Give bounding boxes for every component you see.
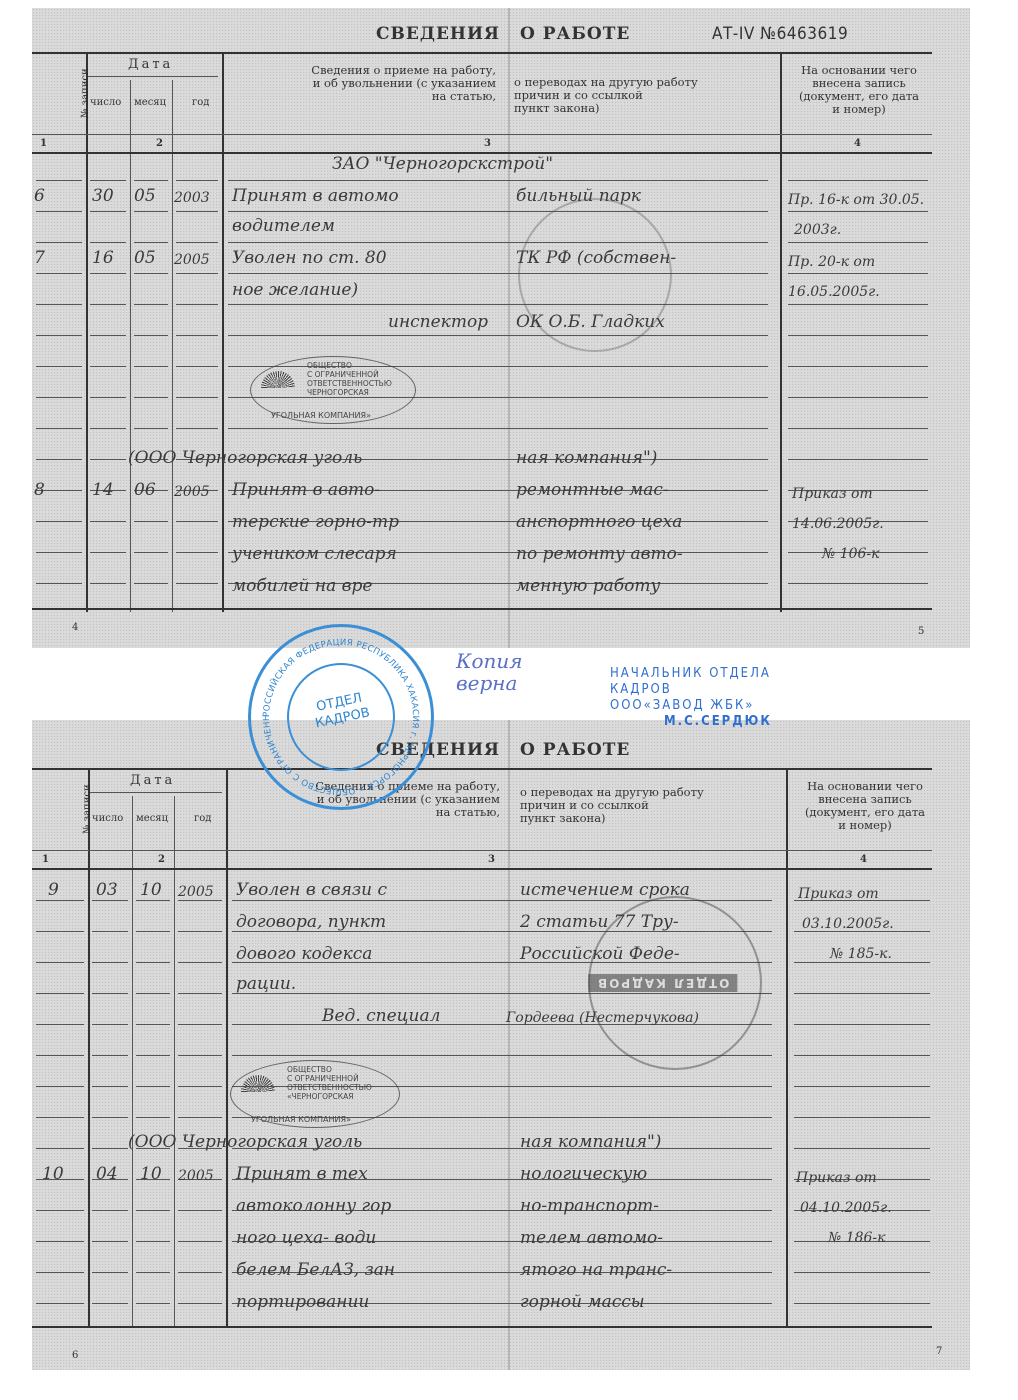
ruled-line — [92, 900, 128, 901]
record-month: 10 — [140, 1164, 162, 1184]
ruled-line — [788, 242, 928, 243]
record-text: дового кодекса — [236, 944, 372, 964]
section-title-right: О РАБОТЕ — [520, 740, 630, 760]
ruled-line — [36, 552, 82, 553]
ruled-line — [136, 1086, 170, 1087]
company-oval-stamp: ОБЩЕСТВО С ОГРАНИЧЕННОЙ ОТВЕТСТВЕННОСТЬЮ… — [250, 356, 416, 424]
number-sign: № — [760, 24, 776, 44]
col-number-3: 3 — [484, 138, 491, 149]
ruled-line — [136, 1241, 170, 1242]
record-basis: № 106-к — [822, 544, 880, 564]
ruled-line — [136, 931, 170, 932]
record-basis: 14.06.2005г. — [792, 514, 884, 534]
record-day: 04 — [96, 1164, 118, 1184]
ruled-line — [228, 211, 768, 212]
record-year: 2003 — [174, 188, 210, 208]
header-date: Дата — [128, 58, 173, 71]
ruled-line — [788, 366, 928, 367]
stamp-line: УГОЛЬНАЯ КОМПАНИЯ» — [251, 1115, 351, 1124]
stamp-line: ЧЕРНОГОРСКАЯ — [307, 388, 392, 397]
ruled-line — [90, 397, 126, 398]
sun-logo-icon — [241, 1075, 275, 1092]
section-title-left: СВЕДЕНИЯ — [376, 24, 500, 44]
sun-logo-icon — [261, 371, 295, 388]
stamp-band: ОТДЕЛ КАДРОВ — [588, 974, 737, 992]
stamp-line: ОТВЕТСТВЕННОСТЬЮ — [287, 1083, 372, 1092]
stamp-text: ОБЩЕСТВО С ОГРАНИЧЕННОЙ ОТВЕТСТВЕННОСТЬЮ… — [287, 1065, 372, 1101]
ruled-line — [36, 1117, 84, 1118]
ruled-line — [178, 1024, 222, 1025]
page-number: 7 — [936, 1346, 942, 1357]
ruled-line — [788, 583, 928, 584]
header-year: год — [194, 812, 211, 825]
header-day: число — [90, 96, 121, 109]
org-name-line: (ООО Черногорская уголь — [128, 448, 362, 468]
record-text: горной массы — [520, 1292, 645, 1312]
ruled-line — [788, 273, 928, 274]
certification-signatory: М.С.СЕРДЮК — [610, 714, 772, 730]
table-bottom-border — [32, 608, 932, 610]
record-no: 7 — [34, 248, 45, 268]
ruled-line — [36, 583, 82, 584]
ruled-line — [36, 366, 82, 367]
ruled-line — [788, 180, 928, 181]
ruled-line — [36, 962, 84, 963]
record-no: 10 — [42, 1164, 64, 1184]
ruled-line — [92, 1024, 128, 1025]
book-series: АТ-IV №6463619 — [712, 24, 848, 44]
ruled-line — [136, 1303, 170, 1304]
page-number: 5 — [918, 626, 924, 637]
record-text: нологическую — [520, 1164, 647, 1184]
record-text: учеником слесаря — [232, 544, 397, 564]
ruled-line — [92, 1210, 128, 1211]
ruled-line — [92, 962, 128, 963]
record-year: 2005 — [178, 882, 214, 902]
section-title-right: О РАБОТЕ — [520, 24, 630, 44]
header-line: и номер) — [790, 819, 940, 832]
record-text: ное желание) — [232, 280, 358, 300]
record-basis: 2003г. — [794, 220, 841, 240]
bottom-spread: СВЕДЕНИЯ О РАБОТЕ № записи Дата число ме… — [32, 720, 970, 1370]
ruled-line — [92, 1303, 128, 1304]
header-col4: На основании чего внесена запись (докуме… — [790, 780, 940, 832]
ruled-line — [178, 1086, 222, 1087]
ruled-line — [134, 273, 168, 274]
ruled-line — [136, 993, 170, 994]
ruled-line — [134, 428, 168, 429]
ruled-line — [176, 428, 218, 429]
header-year: год — [192, 96, 209, 109]
stamp-line: С ОГРАНИЧЕННОЙ — [307, 370, 392, 379]
ruled-line — [92, 1086, 128, 1087]
ruled-line — [788, 211, 928, 212]
ruled-line — [178, 1117, 222, 1118]
record-no: 6 — [34, 186, 45, 206]
record-text: Уволен в связи с — [236, 880, 387, 900]
ruled-line — [176, 366, 218, 367]
record-basis: Приказ от — [792, 484, 873, 504]
certification-line: НАЧАЛЬНИК ОТДЕЛА — [610, 666, 772, 682]
ruled-line — [90, 180, 126, 181]
ruled-line — [136, 1055, 170, 1056]
record-basis: № 186-к — [828, 1228, 886, 1248]
ruled-line — [36, 1024, 84, 1025]
ruled-line — [36, 1055, 84, 1056]
ruled-line — [36, 1241, 84, 1242]
ruled-line — [178, 1272, 222, 1273]
header-day: число — [92, 812, 123, 825]
ruled-line — [136, 1210, 170, 1211]
ruled-line — [134, 521, 168, 522]
stamp-line: УГОЛЬНАЯ КОМПАНИЯ» — [271, 411, 371, 420]
top-spread: СВЕДЕНИЯ О РАБОТЕ АТ-IV №6463619 № запис… — [32, 8, 970, 648]
ruled-line — [92, 1241, 128, 1242]
record-text: но-транспорт- — [520, 1196, 659, 1216]
header-col4: На основании чего внесена запись (докуме… — [784, 64, 934, 116]
col-divider — [174, 796, 175, 1328]
record-day: 16 — [92, 248, 114, 268]
record-text: автоколонну гор — [236, 1196, 391, 1216]
ruled-line — [788, 459, 928, 460]
signature-line: Вед. специал — [322, 1006, 440, 1026]
ruled-line — [178, 962, 222, 963]
ruled-line — [176, 242, 218, 243]
record-text: договора, пункт — [236, 912, 386, 932]
header-line: на статью, — [236, 806, 500, 819]
ruled-line — [90, 211, 126, 212]
ruled-line — [36, 180, 82, 181]
ruled-line — [228, 180, 768, 181]
record-text: рации. — [236, 974, 296, 994]
stamp-line: ОБЩЕСТВО — [307, 361, 392, 370]
record-year: 2005 — [174, 482, 210, 502]
col-number-1: 1 — [40, 138, 47, 149]
ruled-line — [90, 521, 126, 522]
ruled-line — [176, 583, 218, 584]
ruled-line — [178, 993, 222, 994]
ruled-line — [90, 335, 126, 336]
record-basis: 16.05.2005г. — [788, 282, 880, 302]
col-divider — [222, 52, 224, 612]
record-text: Принят в авто- — [232, 480, 380, 500]
record-text: телем автомо- — [520, 1228, 663, 1248]
date-underline — [88, 76, 218, 77]
ruled-line — [134, 180, 168, 181]
certified-copy-handwritten: Копия верна — [456, 650, 523, 694]
ruled-line — [134, 552, 168, 553]
ruled-line — [788, 335, 928, 336]
stamp-line: ОТВЕТСТВЕННОСТЬЮ — [307, 379, 392, 388]
record-basis: Приказ от — [796, 1168, 877, 1188]
header-date: Дата — [130, 774, 175, 787]
col-number-3: 3 — [488, 854, 495, 865]
record-month: 06 — [134, 480, 156, 500]
ruled-line — [92, 993, 128, 994]
col-divider — [130, 80, 131, 612]
certification-block: НАЧАЛЬНИК ОТДЕЛА КАДРОВ ООО«ЗАВОД ЖБК» М… — [610, 666, 772, 730]
ruled-line — [36, 1210, 84, 1211]
record-month: 10 — [140, 880, 162, 900]
ruled-line — [90, 428, 126, 429]
page-number: 4 — [72, 622, 78, 633]
ruled-line — [794, 1055, 930, 1056]
ruled-line — [36, 273, 82, 274]
table-bottom-border — [32, 1326, 932, 1328]
col-divider — [132, 796, 133, 1328]
record-basis: № 185-к. — [830, 944, 892, 964]
header-line: и номер) — [784, 103, 934, 116]
ruled-line — [178, 1055, 222, 1056]
ruled-line — [794, 993, 930, 994]
org-name-line: ная компания") — [516, 448, 657, 468]
record-text: ного цеха- води — [236, 1228, 376, 1248]
ruled-line — [92, 1117, 128, 1118]
ruled-line — [136, 1024, 170, 1025]
ruled-line — [176, 273, 218, 274]
ruled-line — [136, 1117, 170, 1118]
page-number: 6 — [72, 1350, 78, 1361]
ruled-line — [92, 1272, 128, 1273]
ruled-line — [134, 242, 168, 243]
certification-line: КАДРОВ — [610, 682, 772, 698]
stamp-line: ОБЩЕСТВО — [287, 1065, 372, 1074]
record-text: ятого на транс- — [520, 1260, 672, 1280]
col-divider — [780, 52, 782, 612]
record-text: по ремонту авто- — [516, 544, 683, 564]
ruled-line — [90, 366, 126, 367]
ruled-line — [36, 1086, 84, 1087]
ruled-line — [90, 242, 126, 243]
header-line: пункт закона) — [520, 812, 704, 825]
col-divider — [172, 80, 173, 612]
ruled-line — [90, 273, 126, 274]
record-basis: Пр. 20-к от — [788, 252, 875, 272]
ruled-line — [36, 335, 82, 336]
ruled-line — [134, 304, 168, 305]
ruled-line — [36, 304, 82, 305]
ruled-line — [36, 397, 82, 398]
ruled-line — [794, 1303, 930, 1304]
col-number-4: 4 — [860, 854, 867, 865]
ruled-line — [134, 583, 168, 584]
ruled-line — [794, 1148, 930, 1149]
record-year: 2005 — [178, 1166, 214, 1186]
ruled-line — [228, 273, 768, 274]
col-number-2: 2 — [156, 138, 163, 149]
record-basis: 04.10.2005г. — [800, 1198, 892, 1218]
record-month: 05 — [134, 248, 156, 268]
ruled-line — [794, 1086, 930, 1087]
record-text: менную работу — [516, 576, 660, 596]
record-text: Уволен по ст. 80 — [232, 248, 387, 268]
ruled-line — [36, 211, 82, 212]
ruled-line — [36, 242, 82, 243]
ruled-line — [176, 180, 218, 181]
ruled-line — [788, 304, 928, 305]
ruled-line — [90, 583, 126, 584]
date-underline — [90, 792, 222, 793]
ruled-line — [136, 1272, 170, 1273]
header-col3-left: Сведения о приеме на работу, и об увольн… — [232, 64, 496, 103]
header-record-no: № записи — [80, 68, 91, 118]
header-month: месяц — [134, 96, 166, 109]
ruled-line — [134, 397, 168, 398]
ruled-line — [794, 1272, 930, 1273]
ruled-line — [178, 1241, 222, 1242]
hr-department-seal: РОССИЙСКАЯ ФЕДЕРАЦИЯ РЕСПУБЛИКА ХАКАСИЯ … — [248, 624, 434, 810]
ruled-line — [92, 931, 128, 932]
ruled-line — [176, 335, 218, 336]
header-bottom-line — [32, 134, 932, 135]
ruled-line — [134, 335, 168, 336]
ruled-line — [36, 1303, 84, 1304]
ruled-line — [36, 521, 82, 522]
ruled-line — [92, 1148, 128, 1149]
record-text: ремонтные мас- — [516, 480, 669, 500]
ruled-line — [136, 962, 170, 963]
ruled-line — [134, 211, 168, 212]
record-day: 03 — [96, 880, 118, 900]
ruled-line — [176, 552, 218, 553]
header-col3-right: о переводах на другую работу причин и со… — [520, 786, 704, 825]
record-text: Принят в тех — [236, 1164, 368, 1184]
record-no: 9 — [48, 880, 59, 900]
book-number: 6463619 — [777, 24, 849, 44]
record-text: анспортного цеха — [516, 512, 682, 532]
ruled-line — [134, 366, 168, 367]
ruled-line — [176, 211, 218, 212]
ruled-line — [92, 1055, 128, 1056]
record-text: терские горно-тр — [232, 512, 399, 532]
header-bottom-line — [32, 850, 932, 851]
ruled-line — [36, 1148, 84, 1149]
certification-line: ООО«ЗАВОД ЖБК» — [610, 698, 772, 714]
ruled-line — [788, 428, 928, 429]
header-record-no: № записи — [82, 784, 93, 834]
ruled-line — [176, 304, 218, 305]
company-oval-stamp: ОБЩЕСТВО С ОГРАНИЧЕННОЙ ОТВЕТСТВЕННОСТЬЮ… — [230, 1060, 400, 1128]
ruled-line — [136, 900, 170, 901]
ruled-line — [228, 304, 768, 305]
ruled-line — [178, 1210, 222, 1211]
handwritten-line: верна — [456, 672, 523, 694]
header-divider — [32, 868, 932, 870]
ruled-line — [794, 1117, 930, 1118]
ruled-line — [36, 900, 84, 901]
record-month: 05 — [134, 186, 156, 206]
col-divider — [226, 768, 228, 1328]
record-basis: Приказ от — [798, 884, 879, 904]
stamp-line: «ЧЕРНОГОРСКАЯ — [287, 1092, 372, 1101]
header-month: месяц — [136, 812, 168, 825]
ruled-line — [90, 304, 126, 305]
record-no: 8 — [34, 480, 45, 500]
header-col3-right: о переводах на другую работу причин и со… — [514, 76, 698, 115]
ruled-line — [36, 931, 84, 932]
ruled-line — [36, 459, 82, 460]
col-divider — [86, 52, 88, 612]
ruled-line — [178, 1303, 222, 1304]
table-top-border — [32, 768, 932, 770]
ruled-line — [794, 1024, 930, 1025]
ruled-line — [228, 242, 768, 243]
ruled-line — [36, 428, 82, 429]
col-divider — [786, 768, 788, 1328]
record-basis: 03.10.2005г. — [802, 914, 894, 934]
record-basis: Пр. 16-к от 30.05. — [788, 190, 924, 210]
ruled-line — [178, 931, 222, 932]
record-text: портировании — [236, 1292, 369, 1312]
col-number-2: 2 — [158, 854, 165, 865]
ruled-line — [228, 335, 768, 336]
handwritten-line: Копия — [456, 650, 523, 672]
table-top-border — [32, 52, 932, 54]
ruled-line — [90, 552, 126, 553]
record-text: инспектор — [388, 312, 488, 332]
series-code: АТ-IV — [712, 24, 755, 44]
stamp-line: С ОГРАНИЧЕННОЙ — [287, 1074, 372, 1083]
ruled-line — [36, 1272, 84, 1273]
record-year: 2005 — [174, 250, 210, 270]
record-text: белем БелАЗ, зан — [236, 1260, 395, 1280]
ruled-line — [176, 397, 218, 398]
header-line: на статью, — [232, 90, 496, 103]
org-name-line: ная компания") — [520, 1132, 661, 1152]
ruled-line — [788, 397, 928, 398]
ruled-line — [36, 993, 84, 994]
col-number-4: 4 — [854, 138, 861, 149]
faded-round-stamp — [518, 198, 672, 352]
stamp-text: ОБЩЕСТВО С ОГРАНИЧЕННОЙ ОТВЕТСТВЕННОСТЬЮ… — [307, 361, 392, 397]
ruled-line — [228, 428, 768, 429]
header-line: пункт закона) — [514, 102, 698, 115]
record-text: Принят в автомо — [232, 186, 399, 206]
record-text: мобилей на вре — [232, 576, 372, 596]
ruled-line — [90, 459, 126, 460]
org-name-line: (ООО Черногорская уголь — [128, 1132, 362, 1152]
col-divider — [88, 768, 90, 1328]
record-day: 30 — [92, 186, 114, 206]
record-text: водителем — [232, 216, 335, 236]
ruled-line — [176, 521, 218, 522]
col-number-1: 1 — [42, 854, 49, 865]
org-name-line: ЗАО "Черногорскстрой" — [332, 154, 553, 174]
record-day: 14 — [92, 480, 114, 500]
